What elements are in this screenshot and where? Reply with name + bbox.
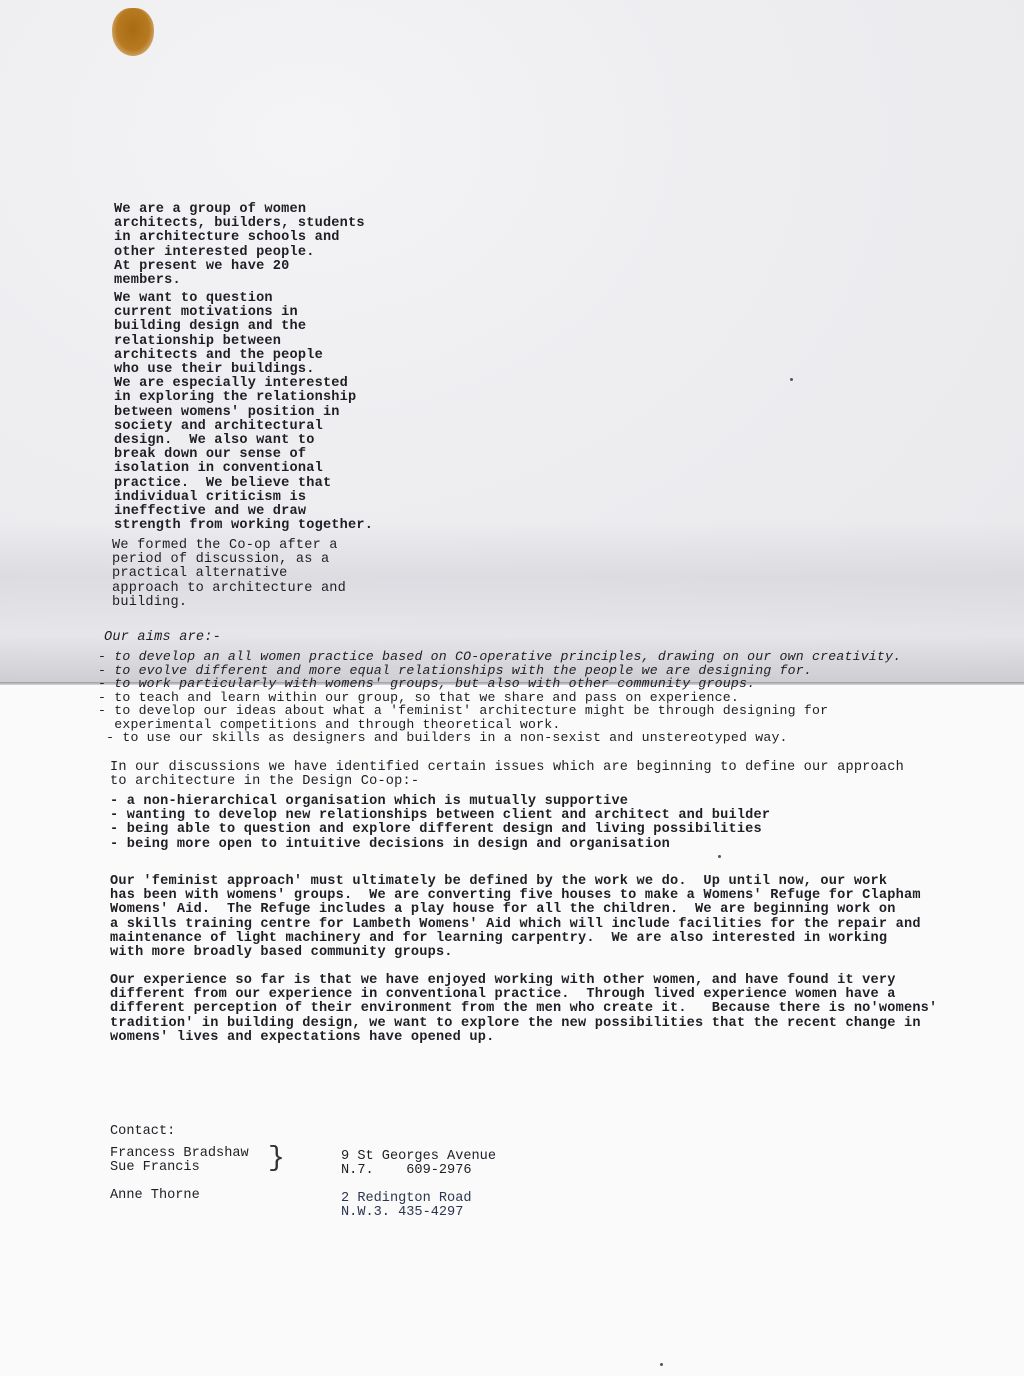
text-line: building design and the xyxy=(114,320,373,334)
text-line: - a non-hierarchical organisation which … xyxy=(110,795,770,809)
text-line: a skills training centre for Lambeth Wom… xyxy=(110,918,921,932)
contact-names-group-1: Francess BradshawSue Francis xyxy=(110,1147,249,1175)
text-line: current motivations in xyxy=(114,306,373,320)
text-line: - to develop our ideas about what a 'fem… xyxy=(98,704,901,718)
text-line: who use their buildings. xyxy=(114,363,373,377)
text-line: tradition' in building design, we want t… xyxy=(110,1017,937,1031)
text-line: - being able to question and explore dif… xyxy=(110,823,770,837)
text-line: Our 'feminist approach' must ultimately … xyxy=(110,875,921,889)
text-line: We are especially interested xyxy=(114,377,373,391)
text-line: 2 Redington Road xyxy=(341,1192,472,1206)
text-line: - to teach and learn within our group, s… xyxy=(98,691,901,705)
text-line: in exploring the relationship xyxy=(114,391,373,405)
text-line: At present we have 20 xyxy=(114,260,365,274)
text-line: different from our experience in convent… xyxy=(110,988,937,1002)
text-line: practical alternative xyxy=(112,567,346,581)
text-line: break down our sense of xyxy=(114,448,373,462)
text-line: approach to architecture and xyxy=(112,582,346,596)
speck xyxy=(790,378,793,381)
text-line: N.W.3. 435-4297 xyxy=(341,1206,472,1220)
text-line: 9 St Georges Avenue xyxy=(341,1150,496,1164)
approach-paragraph: Our 'feminist approach' must ultimately … xyxy=(110,875,921,960)
text-line: - to work particularly with womens' grou… xyxy=(98,677,901,691)
text-line: Our experience so far is that we have en… xyxy=(110,974,937,988)
aims-heading: Our aims are:- xyxy=(104,631,221,645)
text-line: architects and the people xyxy=(114,349,373,363)
intro-paragraph-3: We formed the Co-op after aperiod of dis… xyxy=(112,539,346,610)
stain-mark xyxy=(112,8,154,56)
text-line: - to use our skills as designers and bui… xyxy=(98,731,901,745)
text-line: womens' lives and expectations have open… xyxy=(110,1031,937,1045)
text-line: - to develop an all women practice based… xyxy=(98,650,901,664)
text-line: members. xyxy=(114,274,365,288)
text-line: between womens' position in xyxy=(114,406,373,420)
text-line: other interested people. xyxy=(114,246,365,260)
text-line: to architecture in the Design Co-op:- xyxy=(110,775,904,789)
text-line: practice. We believe that xyxy=(114,477,373,491)
speck xyxy=(660,1363,663,1366)
text-line: - being more open to intuitive decisions… xyxy=(110,838,770,852)
text-line: We formed the Co-op after a xyxy=(112,539,346,553)
text-line: different perception of their environmen… xyxy=(110,1002,937,1016)
text-line: Francess Bradshaw xyxy=(110,1147,249,1161)
text-line: Sue Francis xyxy=(110,1161,249,1175)
text-line: society and architectural xyxy=(114,420,373,434)
text-line: has been with womens' groups. We are con… xyxy=(110,889,921,903)
issues-list: - a non-hierarchical organisation which … xyxy=(110,795,770,852)
contact-heading: Contact: xyxy=(110,1125,175,1139)
text-line: individual criticism is xyxy=(114,491,373,505)
text-line: ineffective and we draw xyxy=(114,505,373,519)
text-line: - to evolve different and more equal rel… xyxy=(98,664,901,678)
experience-paragraph: Our experience so far is that we have en… xyxy=(110,974,937,1045)
text-line: architects, builders, students xyxy=(114,217,365,231)
text-line: in architecture schools and xyxy=(114,231,365,245)
text-line: design. We also want to xyxy=(114,434,373,448)
intro-paragraph-1: We are a group of womenarchitects, build… xyxy=(114,203,365,288)
text-line: experimental competitions and through th… xyxy=(98,718,901,732)
intro-paragraph-2: We want to questioncurrent motivations i… xyxy=(114,292,373,533)
text-line: isolation in conventional xyxy=(114,462,373,476)
contact-name-group-2: Anne Thorne xyxy=(110,1189,200,1203)
text-line: building. xyxy=(112,596,346,610)
contact-address-group-1: 9 St Georges AvenueN.7. 609-2976 xyxy=(341,1150,496,1178)
text-line: - wanting to develop new relationships b… xyxy=(110,809,770,823)
text-line: with more broadly based community groups… xyxy=(110,946,921,960)
aims-list: - to develop an all women practice based… xyxy=(98,650,901,745)
text-line: We want to question xyxy=(114,292,373,306)
text-line: In our discussions we have identified ce… xyxy=(110,761,904,775)
text-line: strength from working together. xyxy=(114,519,373,533)
text-line: N.7. 609-2976 xyxy=(341,1164,496,1178)
text-line: maintenance of light machinery and for l… xyxy=(110,932,921,946)
text-line: period of discussion, as a xyxy=(112,553,346,567)
speck xyxy=(718,855,721,858)
contact-address-group-2: 2 Redington RoadN.W.3. 435-4297 xyxy=(341,1192,472,1220)
text-line: relationship between xyxy=(114,335,373,349)
brace: } xyxy=(268,1145,285,1173)
text-line: We are a group of women xyxy=(114,203,365,217)
issues-intro: In our discussions we have identified ce… xyxy=(110,761,904,789)
text-line: Womens' Aid. The Refuge includes a play … xyxy=(110,903,921,917)
